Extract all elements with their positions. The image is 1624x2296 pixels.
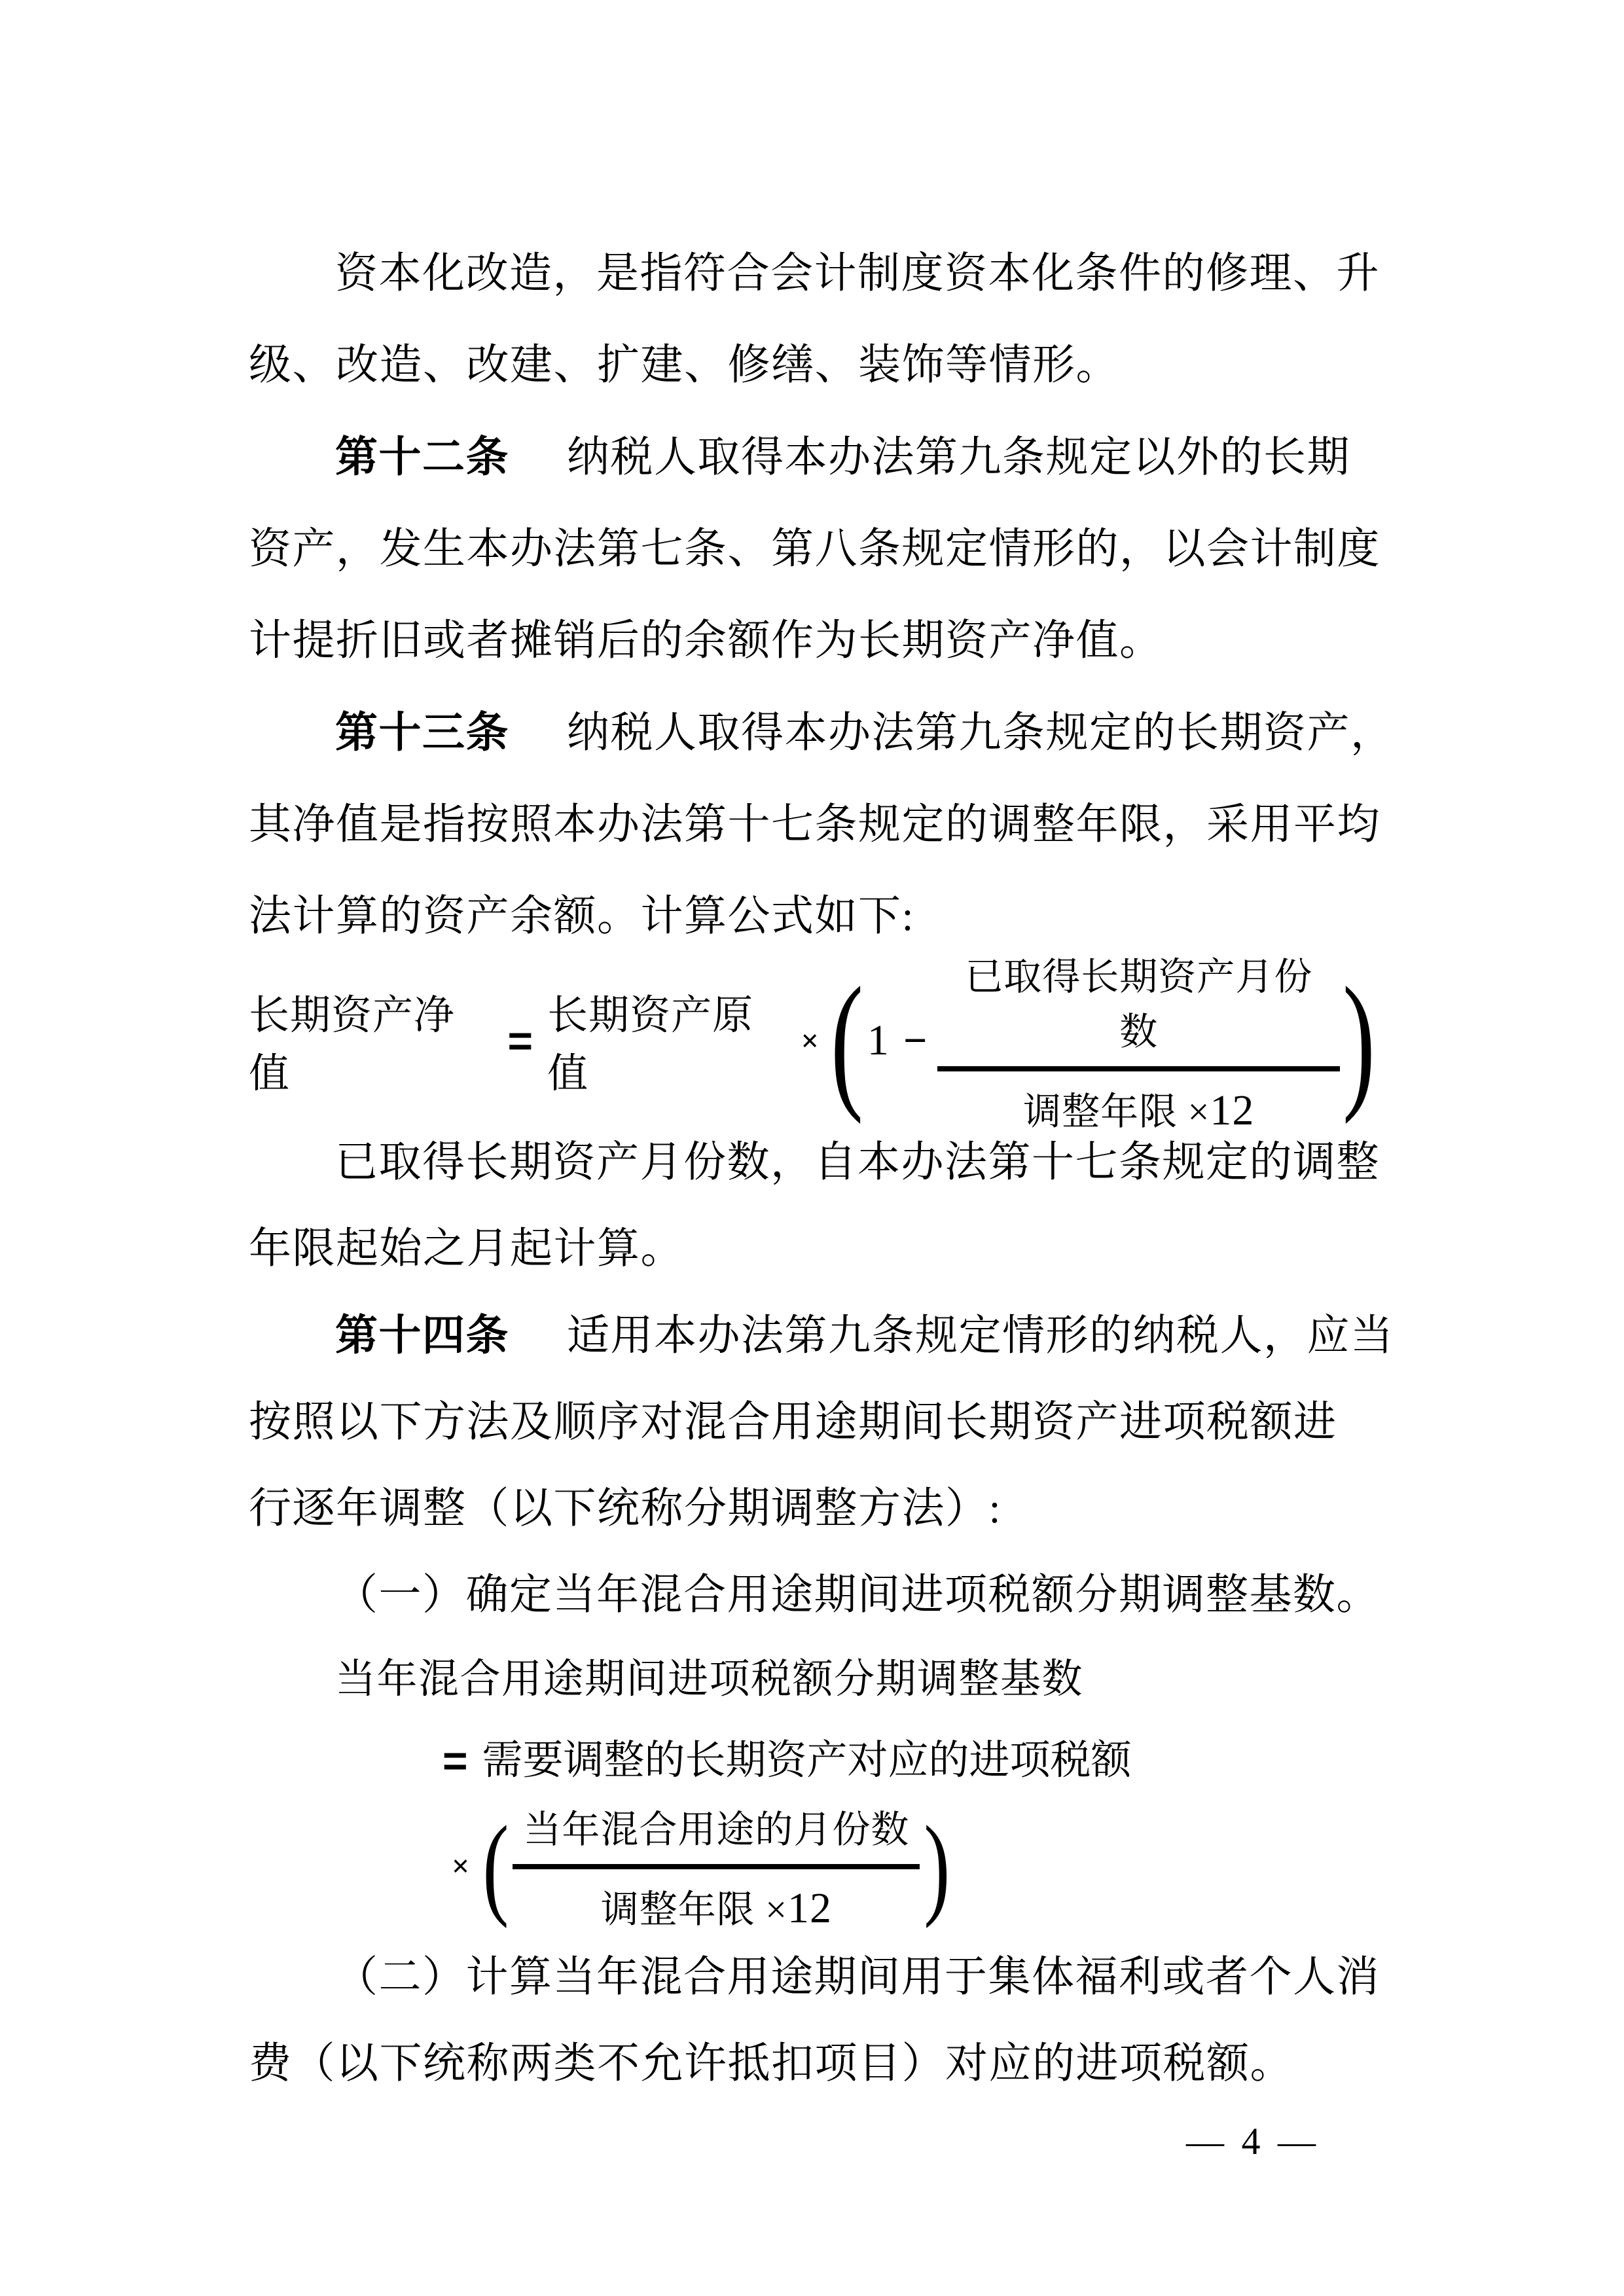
body-text: 年限起始之月起计算。 [249, 1225, 684, 1272]
list-item-2-line-1: （二）计算当年混合用途期间用于集体福利或者个人消 [249, 1934, 1378, 2020]
number-one: 1 [867, 1016, 889, 1066]
multiply-sign: × [452, 1848, 469, 1884]
fraction-mixed-use-months: 当年混合用途的月份数 调整年限 ×12 [513, 1799, 920, 1933]
multiply-sign: × [801, 1023, 819, 1059]
paragraph-capitalization-line-2: 级、改造、改建、扩建、修缮、装饰等情形。 [249, 319, 1378, 411]
article-14-line-3: 行逐年调整（以下统称分期调整方法）: [249, 1465, 1378, 1552]
fraction-denominator: 调整年限 ×12 [601, 1869, 832, 1933]
article-12-heading: 第十二条 [335, 433, 509, 480]
right-parenthesis: ) [1343, 954, 1375, 1128]
body-text: 纳税人取得本办法第九条规定的长期资产， [567, 709, 1394, 757]
page-number: — 4 — [1186, 2119, 1320, 2163]
body-text: 按照以下方法及顺序对混合用途期间长期资产进项税额进 [249, 1399, 1337, 1446]
body-text: 法计算的资产余额。计算公式如下: [249, 893, 914, 940]
body-text: 级、改造、改建、扩建、修缮、装饰等情形。 [249, 342, 1119, 389]
article-14-line-1: 第十四条适用本办法第九条规定情形的纳税人，应当 [249, 1292, 1378, 1379]
formula-asset-net-value: 长期资产净值 = 长期资产原值 × ( 1 − 已取得长期资产月份数 调整年限 … [249, 962, 1378, 1119]
body-text: （一）确定当年混合用途期间进项税额分期调整基数。 [335, 1571, 1380, 1619]
fraction-months-over-years: 已取得长期资产月份数 调整年限 ×12 [937, 946, 1340, 1136]
body-text: 行逐年调整（以下统称分期调整方法）: [249, 1485, 1001, 1532]
article-13-heading: 第十三条 [335, 708, 509, 756]
body-text: 计提折旧或者摊销后的余额作为长期资产净值。 [249, 617, 1163, 664]
body-text: （二）计算当年混合用途期间用于集体福利或者个人消 [335, 1954, 1380, 2001]
formula-base-line-1: 当年混合用途期间进项税额分期调整基数 [249, 1638, 1378, 1721]
right-parenthesis: ) [924, 1801, 950, 1931]
left-parenthesis: ( [482, 1801, 509, 1931]
body-text: 其净值是指按照本办法第十七条规定的调整年限，采用平均 [249, 801, 1380, 848]
body-text: 适用本办法第九条规定情形的纳税人，应当 [567, 1312, 1394, 1359]
article-14-line-2: 按照以下方法及顺序对混合用途期间长期资产进项税额进 [249, 1379, 1378, 1465]
page-number-label: — 4 — [1186, 2120, 1320, 2162]
article-12-line-1: 第十二条纳税人取得本办法第九条规定以外的长期 [249, 411, 1378, 503]
body-text: 资产，发生本办法第七条、第八条规定情形的，以会计制度 [249, 526, 1380, 573]
formula-lhs: 长期资产净值 [249, 982, 494, 1099]
paragraph-capitalization-line-1: 资本化改造，是指符合会计制度资本化条件的修理、升 [249, 228, 1378, 319]
formula-base-line-3: × ( 当年混合用途的月份数 调整年限 ×12 ) [249, 1801, 1378, 1931]
article-12-line-3: 计提折旧或者摊销后的余额作为长期资产净值。 [249, 595, 1378, 687]
paragraph-months-line-2: 年限起始之月起计算。 [249, 1206, 1378, 1292]
formula-original-value: 长期资产原值 [547, 982, 792, 1099]
left-parenthesis: ( [831, 954, 863, 1128]
denominator-text: 调整年限 × [601, 1888, 787, 1931]
paragraph-months-line-1: 已取得长期资产月份数，自本办法第十七条规定的调整 [249, 1119, 1378, 1206]
fraction-numerator: 已取得长期资产月份数 [937, 946, 1340, 1071]
body-text: 已取得长期资产月份数，自本办法第十七条规定的调整 [335, 1139, 1380, 1186]
article-13-line-2: 其净值是指按照本办法第十七条规定的调整年限，采用平均 [249, 779, 1378, 870]
body-text: 费（以下统称两类不允许抵扣项目）对应的进项税额。 [249, 2040, 1293, 2087]
document-page: 资本化改造，是指符合会计制度资本化条件的修理、升 级、改造、改建、扩建、修缮、装… [0, 0, 1624, 2296]
formula-base-rhs: 需要调整的长期资产对应的进项税额 [482, 1721, 1132, 1801]
equals-sign: = [508, 1016, 533, 1066]
formula-base-text: 当年混合用途期间进项税额分期调整基数 [335, 1657, 1083, 1702]
body-text: 资本化改造，是指符合会计制度资本化条件的修理、升 [335, 250, 1380, 297]
formula-base-line-2: = 需要调整的长期资产对应的进项税额 [249, 1721, 1378, 1801]
fraction-numerator: 当年混合用途的月份数 [513, 1799, 920, 1869]
list-item-2-line-2: 费（以下统称两类不允许抵扣项目）对应的进项税额。 [249, 2020, 1378, 2107]
article-14-heading: 第十四条 [335, 1311, 509, 1359]
denominator-number: 12 [787, 1884, 832, 1932]
minus-sign: − [903, 1016, 927, 1065]
article-13-line-1: 第十三条纳税人取得本办法第九条规定的长期资产， [249, 687, 1378, 779]
body-text: 纳税人取得本办法第九条规定以外的长期 [567, 434, 1350, 481]
article-12-line-2: 资产，发生本办法第七条、第八条规定情形的，以会计制度 [249, 503, 1378, 595]
list-item-1: （一）确定当年混合用途期间进项税额分期调整基数。 [249, 1552, 1378, 1638]
equals-sign: = [442, 1721, 468, 1801]
